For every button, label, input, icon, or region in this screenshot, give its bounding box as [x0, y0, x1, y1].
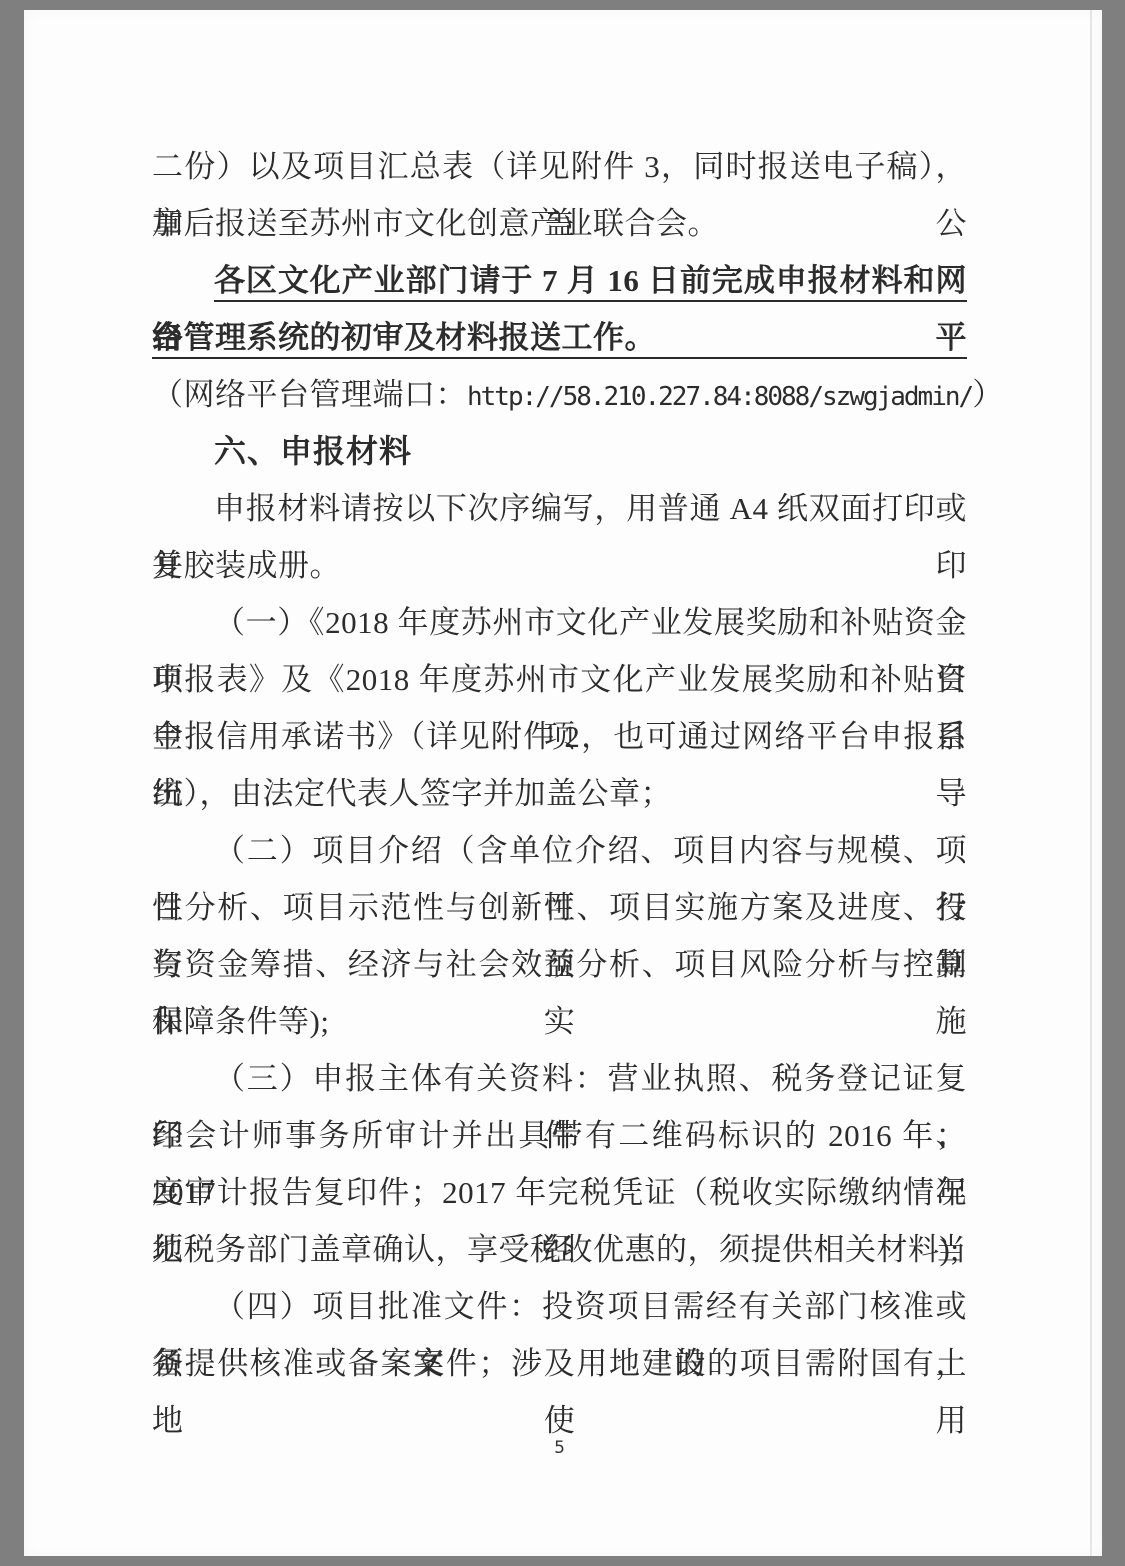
- item-3-text-line: （三）申报主体有关资料：营业执照、税务登记证复印件；: [152, 1050, 967, 1107]
- item-1-text-line: 申报表》及《2018 年度苏州市文化产业发展奖励和补贴资金项目: [152, 651, 967, 708]
- item-4-text-line: 须提供核准或备案文件；涉及用地建设的项目需附国有土地使用: [152, 1335, 967, 1392]
- item-3-text-line: 度审计报告复印件；2017 年完税凭证（税收实际缴纳情况须经当: [152, 1164, 967, 1221]
- deadline-text-line: 各区文化产业部门请于 7 月 16 日前完成申报材料和网络平: [152, 252, 967, 309]
- item-2-text-line: 性分析、项目示范性与创新性、项目实施方案及进度、投资预算: [152, 879, 967, 936]
- scan-fold-line: [1090, 10, 1092, 1556]
- portal-url-line: （网络平台管理端口：http://58.210.227.84:8088/szwg…: [152, 366, 967, 423]
- text-line: 二份）以及项目汇总表（详见附件 3，同时报送电子稿），加盖公: [152, 138, 967, 195]
- item-2-text-line: 与资金筹措、经济与社会效益分析、项目风险分析与控制和实施: [152, 936, 967, 993]
- text-line: 申报材料请按以下次序编写，用普通 A4 纸双面打印或复印: [152, 480, 967, 537]
- portal-url-suffix: ）: [972, 377, 1004, 412]
- scanned-document-screenshot: { "page": { "number": "5", "background_c…: [0, 0, 1125, 1566]
- portal-url: http://58.210.227.84:8088/szwgjadmin/: [467, 382, 972, 412]
- document-body-text: 二份）以及项目汇总表（详见附件 3，同时报送电子稿），加盖公 章后报送至苏州市文…: [152, 138, 967, 1392]
- item-3-text-line: 地税务部门盖章确认，享受税收优惠的，须提供相关材料);: [152, 1221, 967, 1278]
- portal-url-prefix: （网络平台管理端口：: [152, 377, 467, 412]
- section-heading: 六、申报材料: [152, 423, 967, 480]
- item-2-text-line: （二）项目介绍（含单位介绍、项目内容与规模、项目可行: [152, 822, 967, 879]
- item-1-text-line: （一）《2018 年度苏州市文化产业发展奖励和补贴资金项目: [152, 594, 967, 651]
- page-number: 5: [152, 1438, 967, 1458]
- item-3-text-line: 经会计师事务所审计并出具带有二维码标识的 2016 年、2017 年: [152, 1107, 967, 1164]
- item-1-text-line: 申报信用承诺书》（详见附件 2，也可通过网络平台申报系统导: [152, 708, 967, 765]
- document-page: 二份）以及项目汇总表（详见附件 3，同时报送电子稿），加盖公 章后报送至苏州市文…: [24, 10, 1102, 1556]
- item-4-text-line: （四）项目批准文件：投资项目需经有关部门核准或备案的，: [152, 1278, 967, 1335]
